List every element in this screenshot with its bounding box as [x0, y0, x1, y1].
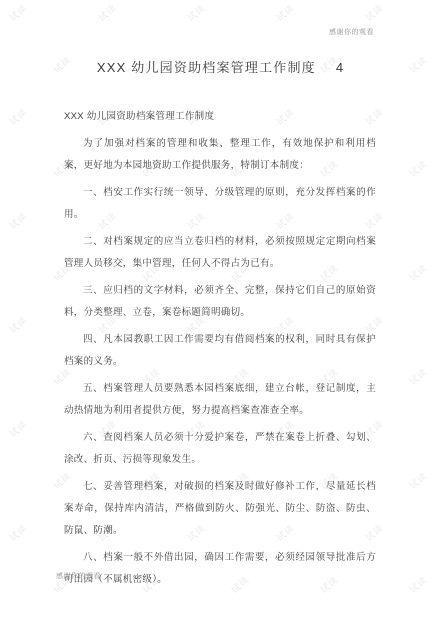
header-watermark-note: 感谢你的观看 — [329, 27, 374, 37]
document-title-page-number: 4 — [336, 60, 343, 75]
document-subtitle: XXX 幼儿园资助档案管理工作制度 — [64, 106, 376, 128]
document-page: 感谢你的观看 XXX 幼儿园资助档案管理工作制度4 XXX 幼儿园资助档案管理工… — [0, 0, 440, 620]
paragraph-item-4: 四、凡本园教职工因工作需要均有借阅档案的权利，同时具有保护档案的义务。 — [64, 329, 376, 373]
document-title-text: XXX 幼儿园资助档案管理工作制度 — [97, 60, 316, 75]
paragraph-intro: 为了加强对档案的管理和收集、整理工作，有效地保护和利用档案，更好地为本园地资助工… — [64, 133, 376, 177]
paragraph-item-1: 一、档安工作实行统一领导、分级管理的原则，充分发挥档案的作用。 — [64, 182, 376, 226]
paragraph-item-8: 八、档案一般不外借出园，确因工作需要，必须经园领导批准后方可出园（不属机密级）。 — [64, 547, 376, 591]
paragraph-item-3: 三、应归档的文字材料，必须齐全、完整，保持它们自己的原始资料，分类整理、立卷，案… — [64, 280, 376, 324]
paragraph-item-2: 二、对档案规定的应当立卷归档的材料，必须按照规定定期向档案管理人员移交，集中管理… — [64, 231, 376, 275]
paragraph-item-7: 七、妥善管理档案，对破损的档案及时做好修补工作，尽量延长档案寿命，保持库内清洁，… — [64, 476, 376, 542]
footer-watermark-note: 感谢你的观看 — [56, 571, 101, 581]
document-title: XXX 幼儿园资助档案管理工作制度4 — [0, 57, 440, 76]
document-body: XXX 幼儿园资助档案管理工作制度 为了加强对档案的管理和收集、整理工作，有效地… — [64, 106, 376, 596]
paragraph-item-5: 五、档案管理人员要熟悉本园档案底细，建立台帐，登记制度，主动热情地为利用者提供方… — [64, 378, 376, 422]
paragraph-item-6: 六、查阅档案人员必须十分爱护案卷，严禁在案卷上折叠、勾划、涂改、折页、污损等现象… — [64, 427, 376, 471]
